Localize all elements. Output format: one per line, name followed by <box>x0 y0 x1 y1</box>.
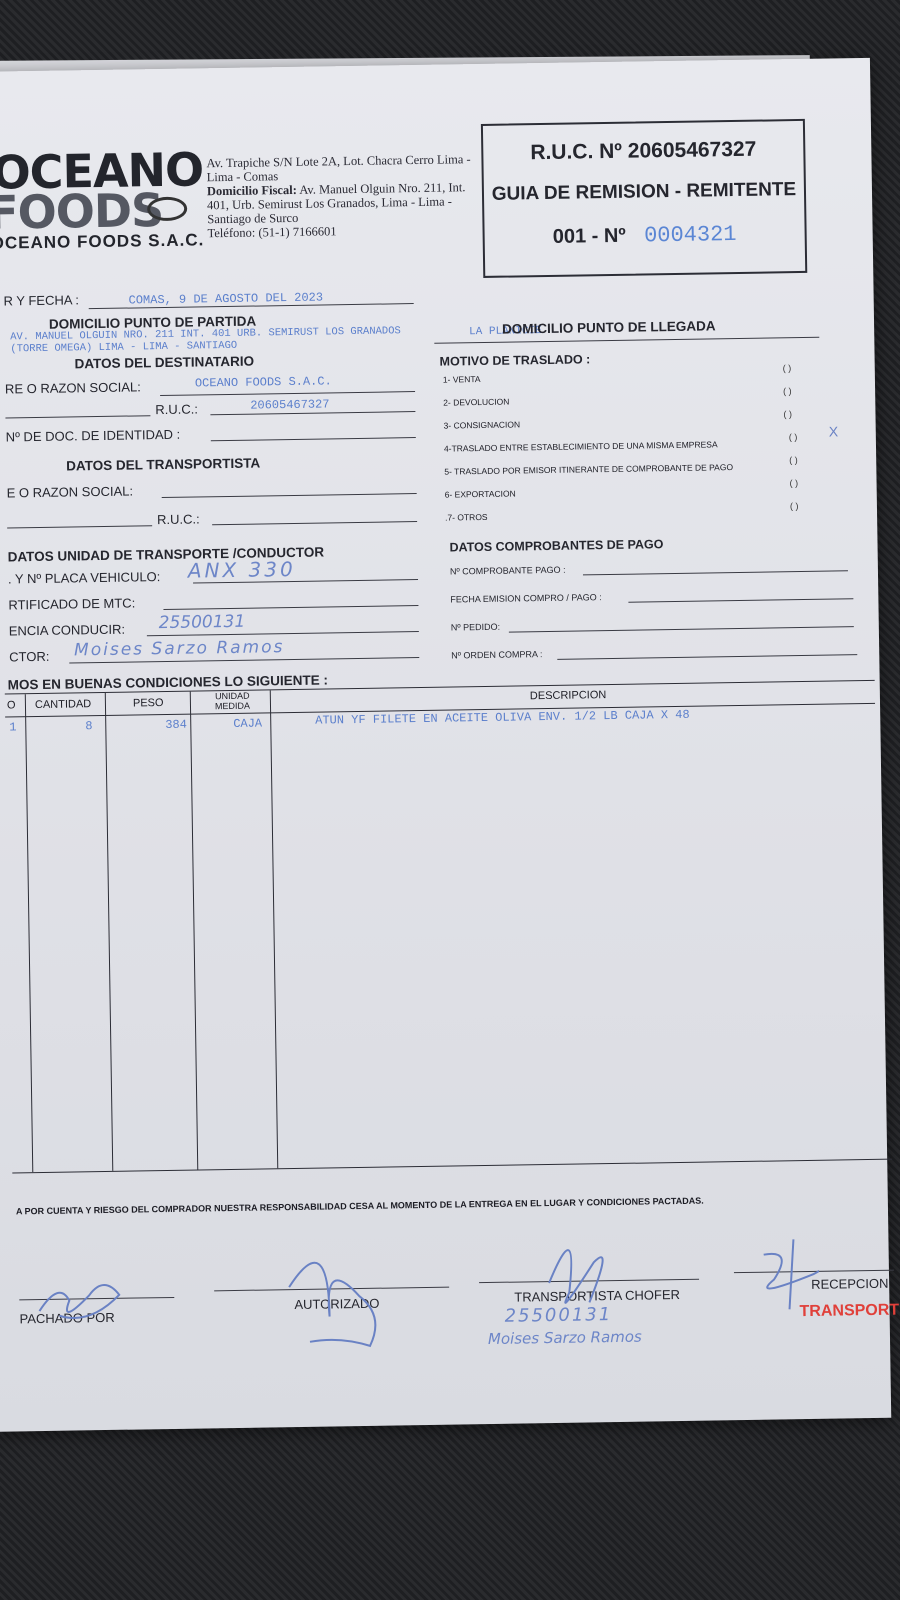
recepcion-label: RECEPCION <box>811 1276 889 1292</box>
razon-social-label: RE O RAZON SOCIAL: <box>5 379 141 396</box>
disclaimer: A POR CUENTA Y RIESGO DEL COMPRADOR NUES… <box>16 1196 704 1217</box>
signatures <box>19 1239 821 1362</box>
row-unidad: CAJA <box>233 716 262 730</box>
guia-remision-document: OCEANO FOODS OCEANO FOODS S.A.C. Av. Tra… <box>0 58 891 1432</box>
motivo-label: 3- CONSIGNACION <box>444 419 521 430</box>
transp-razon-label: E O RAZON SOCIAL: <box>6 483 133 500</box>
ruc-value: 20605467327 <box>250 397 329 412</box>
col-header-peso: PESO <box>133 697 164 709</box>
motivo-label: 4-TRASLADO ENTRE ESTABLECIMIENTO DE UNA … <box>444 439 718 453</box>
motivo-option: 4-TRASLADO ENTRE ESTABLECIMIENTO DE UNA … <box>444 438 824 462</box>
motivo-checkbox: ( ) <box>783 363 792 373</box>
motivo-option: .7- OTROS( ) <box>445 507 825 531</box>
motivo-option: 3- CONSIGNACION( ) <box>444 415 824 439</box>
items-table: O CANTIDAD PESO UNIDAD MEDIDA DESCRIPCIO… <box>5 680 883 1195</box>
document-type: GUIA DE REMISION - REMITENTE <box>484 179 804 206</box>
plant-address: Av. Trapiche S/N Lote 2A, Lot. Chacra Ce… <box>206 152 481 184</box>
motivo-label: .7- OTROS <box>445 512 488 523</box>
motivo-label: 1- VENTA <box>443 374 481 385</box>
company-phone: Teléfono: (51-1) 7166601 <box>207 222 482 240</box>
conductor-label: CTOR: <box>9 649 49 665</box>
motivo-checkbox: ( ) <box>783 409 792 419</box>
company-legal-name: OCEANO FOODS S.A.C. <box>0 230 204 253</box>
ruc-number: R.U.C. Nº 20605467327 <box>483 137 803 166</box>
licencia-label: ENCIA CONDUCIR: <box>9 622 126 639</box>
motivo-title: MOTIVO DE TRASLADO : <box>439 352 590 368</box>
motivo-checkbox: ( ) <box>789 432 798 442</box>
mtc-label: RTIFICADO DE MTC: <box>8 595 135 612</box>
licencia-value: 25500131 <box>159 612 246 633</box>
logo-wave-icon <box>147 197 187 222</box>
llegada-title: DOMICILIO PUNTO DE LLEGADA <box>502 318 716 336</box>
doc-identidad-label: Nº DE DOC. DE IDENTIDAD : <box>6 427 181 445</box>
razon-social-value: OCEANO FOODS S.A.C. <box>195 374 332 390</box>
row-cantidad: 8 <box>85 719 92 733</box>
motivo-option: 6- EXPORTACION( ) <box>445 484 825 508</box>
col-header-item: O <box>7 699 16 711</box>
motivo-option: 1- VENTA( ) <box>443 369 823 393</box>
series-label: 001 - Nº <box>553 225 626 248</box>
col-header-cantidad: CANTIDAD <box>35 698 91 711</box>
col-header-unidad: UNIDAD MEDIDA <box>200 690 265 711</box>
transp-ruc-label: R.U.C.: <box>157 511 200 527</box>
row-item: 1 <box>9 720 16 734</box>
conductor-value: Moises Sarzo Ramos <box>74 637 285 660</box>
col-header-descripcion: DESCRIPCION <box>530 689 607 702</box>
destinatario-title: DATOS DEL DESTINATARIO <box>74 354 254 372</box>
motivo-label: 5- TRASLADO POR EMISOR ITINERANTE DE COM… <box>444 462 733 477</box>
motivo-option: 2- DEVOLUCION( ) <box>443 392 823 416</box>
ruc-box: R.U.C. Nº 20605467327 GUIA DE REMISION -… <box>481 119 807 278</box>
ruc-label: R.U.C.: <box>155 401 198 417</box>
fecha-label: R Y FECHA : <box>3 292 79 308</box>
motivo-checkbox: ( ) <box>783 386 792 396</box>
motivo-list: 1- VENTA( )2- DEVOLUCION( )3- CONSIGNACI… <box>443 369 823 375</box>
motivo-label: 2- DEVOLUCION <box>443 397 509 408</box>
row-peso: 384 <box>165 718 187 732</box>
orden-compra-label: Nº ORDEN COMPRA : <box>451 649 542 660</box>
comprobantes-title: DATOS COMPROBANTES DE PAGO <box>449 537 663 554</box>
partida-value: AV. MANUEL OLGUIN NRO. 211 INT. 401 URB.… <box>10 325 410 355</box>
comprobante-label: Nº COMPROBANTE PAGO : <box>450 565 566 577</box>
company-address: Av. Trapiche S/N Lote 2A, Lot. Chacra Ce… <box>206 152 482 240</box>
motivo-checkbox: ( ) <box>790 501 799 511</box>
logo-foods: FOODS <box>0 187 164 236</box>
document-number: 0004321 <box>644 222 737 248</box>
transportista-title: DATOS DEL TRANSPORTISTA <box>66 455 260 473</box>
placa-value: ANX 330 <box>188 557 296 583</box>
placa-label: . Y Nº PLACA VEHICULO: <box>8 569 161 586</box>
pedido-label: Nº PEDIDO: <box>451 622 500 633</box>
fecha-emision-label: FECHA EMISION COMPRO / PAGO : <box>450 592 601 604</box>
motivo-check-mark: X <box>829 423 839 439</box>
motivo-label: 6- EXPORTACION <box>445 488 516 499</box>
motivo-checkbox: ( ) <box>789 455 798 465</box>
motivo-checkbox: ( ) <box>789 478 798 488</box>
motivo-option: 5- TRASLADO POR EMISOR ITINERANTE DE COM… <box>444 461 824 485</box>
fiscal-label: Domicilio Fiscal: <box>207 183 297 198</box>
